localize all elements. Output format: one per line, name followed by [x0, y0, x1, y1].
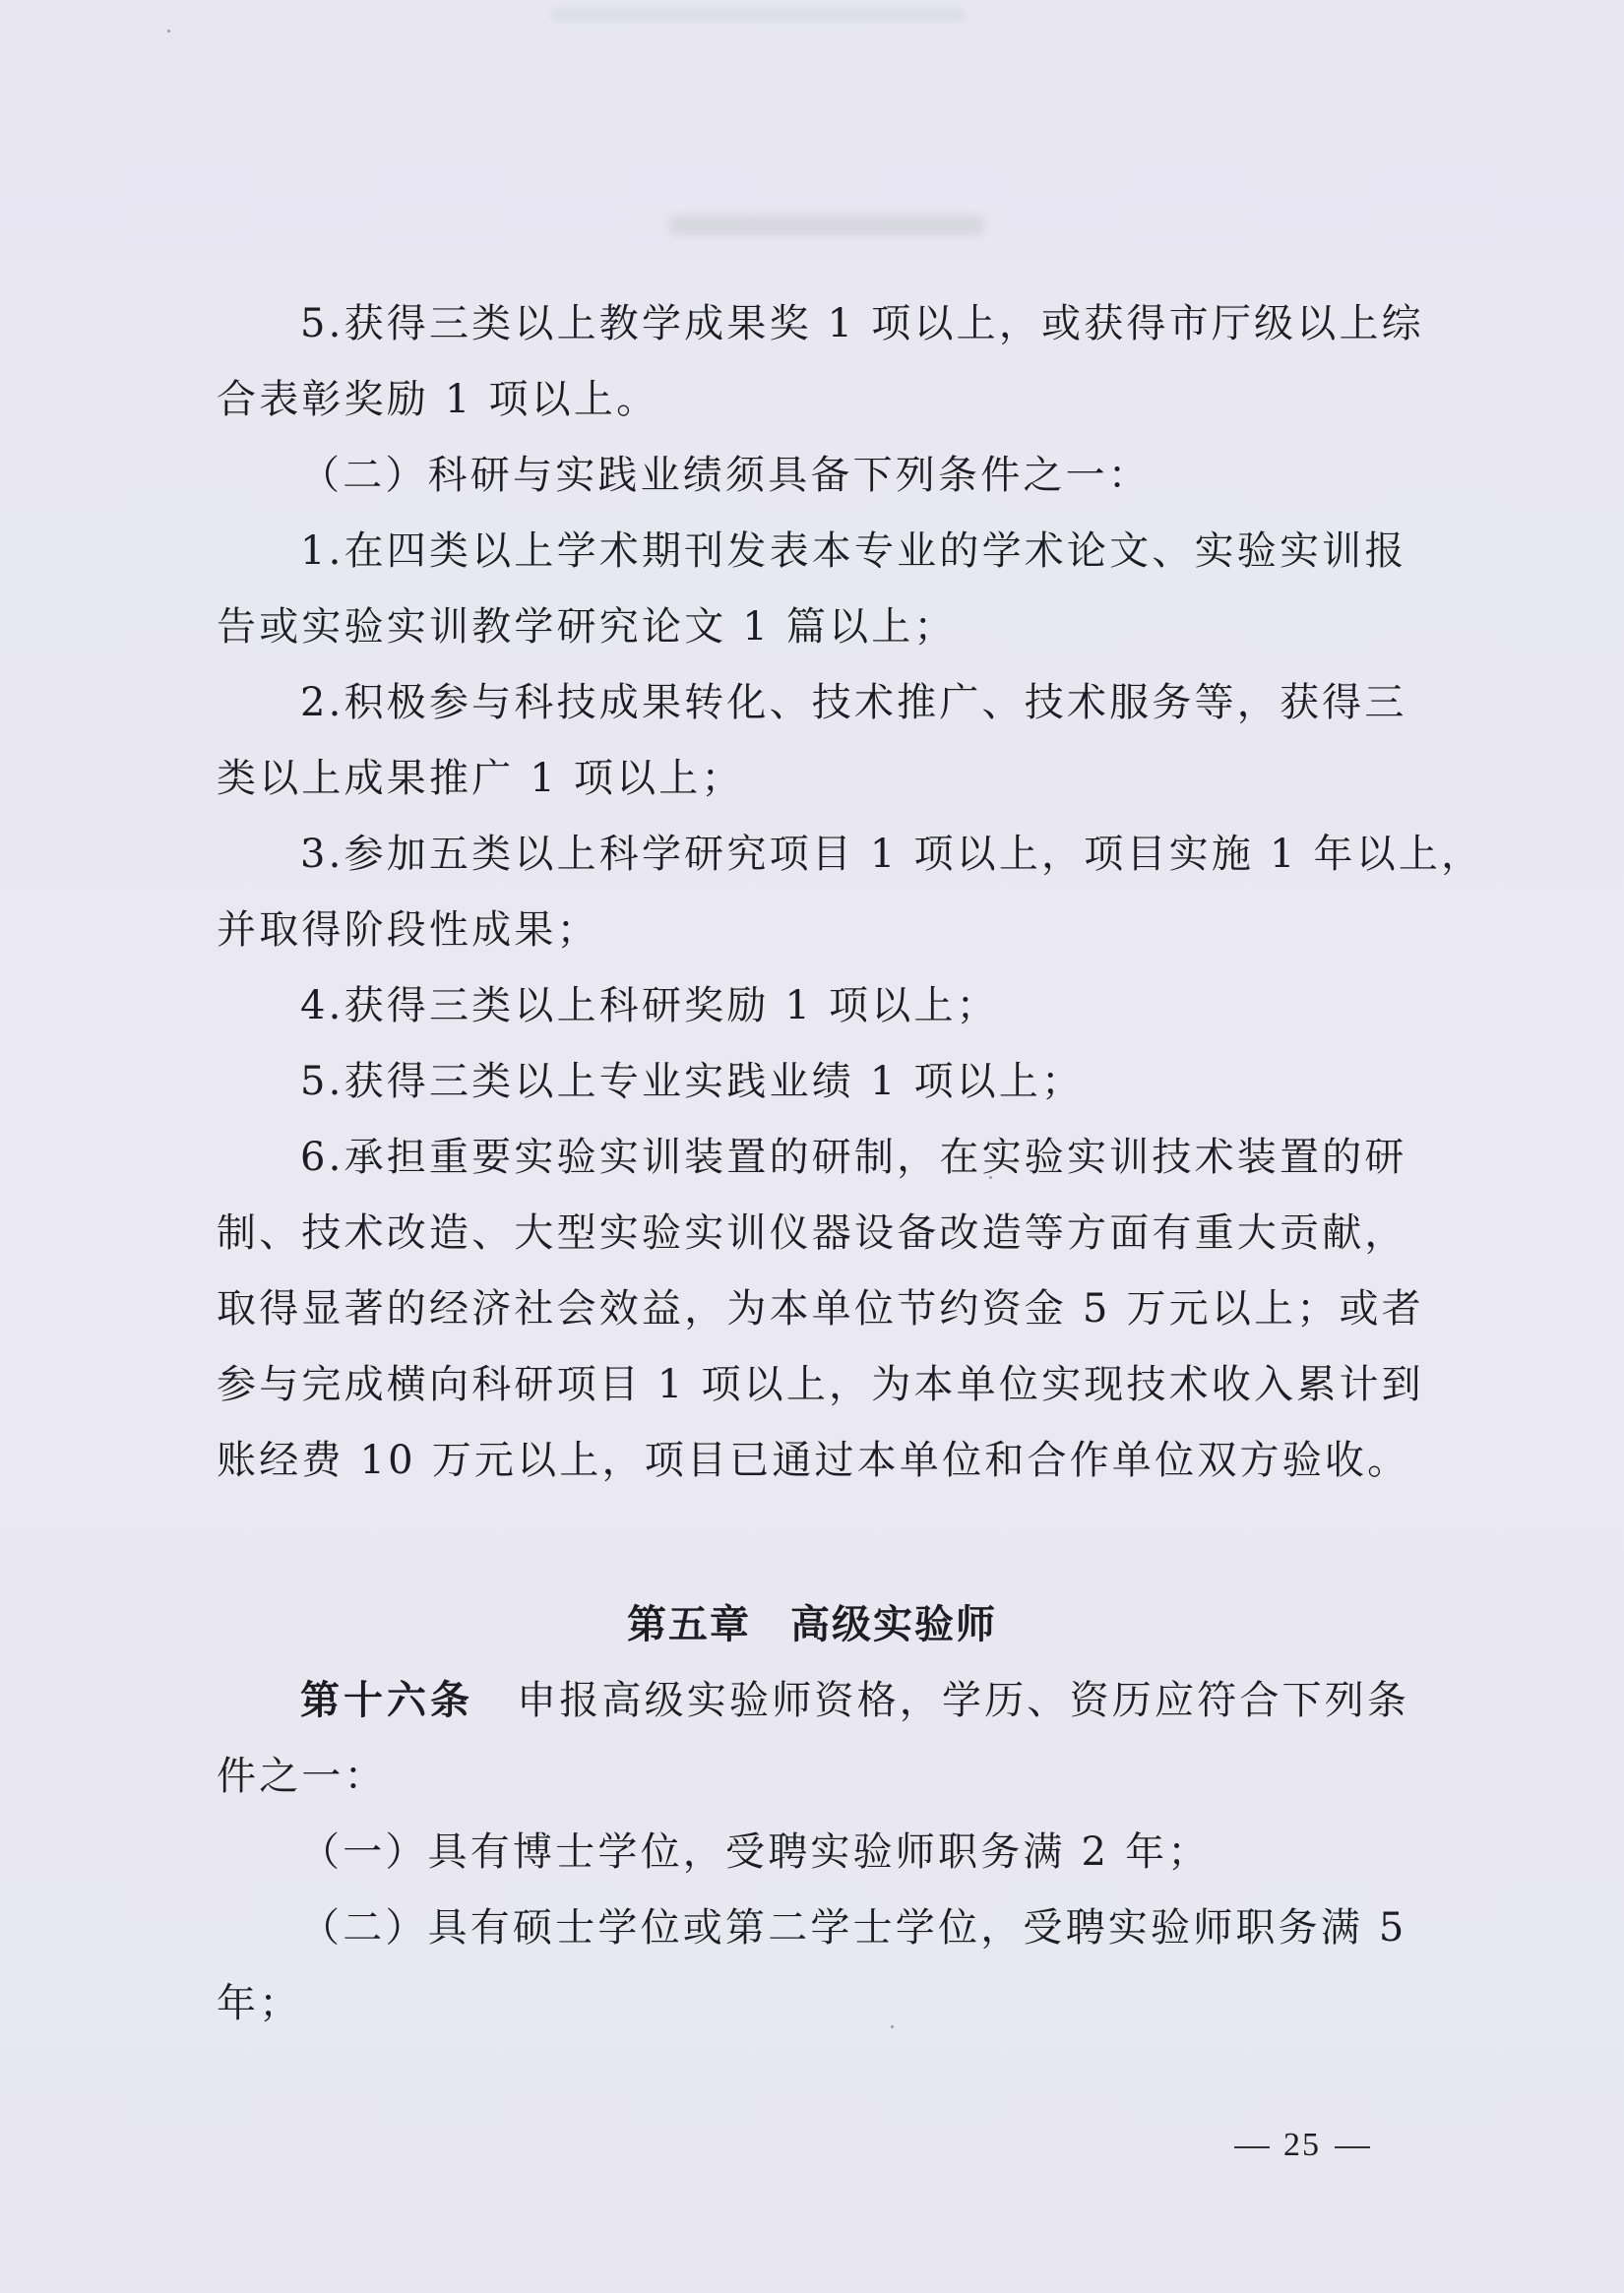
list-item: （二）具有硕士学位或第二学士学位，受聘实验师职务满 5 — [300, 1904, 1407, 1952]
chapter-heading: 第五章高级实验师 — [0, 1601, 1624, 1648]
text-line: 年； — [217, 1980, 301, 2027]
text-line: 取得显著的经济社会效益，为本单位节约资金 5 万元以上；或者 — [217, 1285, 1424, 1332]
chapter-number: 第五章 — [627, 1602, 751, 1647]
text-line: 2.积极参与科技成果转化、技术推广、技术服务等，获得三 — [300, 679, 1407, 726]
page-number: 25 — [1220, 2126, 1384, 2165]
scan-bleed-through-header — [669, 215, 984, 236]
text-line: 制、技术改造、大型实验实训仪器设备改造等方面有重大贡献， — [217, 1209, 1407, 1257]
scan-speck — [891, 2025, 894, 2028]
text-line: 5.获得三类以上专业实践业绩 1 项以上； — [300, 1058, 1084, 1105]
text-line: 类以上成果推广 1 项以上； — [217, 755, 744, 802]
text-line: 3.参加五类以上科学研究项目 1 项以上，项目实施 1 年以上， — [300, 831, 1483, 878]
text-line: 合表彰奖励 1 项以上。 — [217, 376, 658, 423]
scan-bleed-through — [551, 8, 965, 22]
list-item: （一）具有博士学位，受聘实验师职务满 2 年； — [300, 1828, 1210, 1876]
section-heading: （二）科研与实践业绩须具备下列条件之一： — [300, 452, 1151, 499]
text-line: 件之一： — [217, 1753, 387, 1800]
article-label: 第十六条 — [300, 1678, 473, 1723]
dash-right — [1335, 2146, 1370, 2148]
page-number-value: 25 — [1283, 2127, 1321, 2163]
text-line: 5.获得三类以上教学成果奖 1 项以上，或获得市厅级以上综 — [300, 300, 1424, 347]
text-line: 参与完成横向科研项目 1 项以上，为本单位实现技术收入累计到 — [217, 1361, 1424, 1408]
chapter-title: 高级实验师 — [790, 1602, 997, 1647]
article-16: 第十六条申报高级实验师资格，学历、资历应符合下列条 — [300, 1677, 1409, 1724]
document-page: 5.获得三类以上教学成果奖 1 项以上，或获得市厅级以上综 合表彰奖励 1 项以… — [0, 0, 1624, 2293]
text-line: 6.承担重要实验实训装置的研制，在实验实训技术装置的研 — [300, 1134, 1407, 1181]
article-text: 申报高级实验师资格，学历、资历应符合下列条 — [517, 1678, 1409, 1723]
text-line: 账经费 10 万元以上，项目已通过本单位和合作单位双方验收。 — [217, 1437, 1409, 1484]
dash-left — [1234, 2146, 1270, 2148]
text-line: 1.在四类以上学术期刊发表本专业的学术论文、实验实训报 — [300, 527, 1407, 575]
scan-speck — [167, 30, 170, 32]
text-line: 4.获得三类以上科研奖励 1 项以上； — [300, 982, 999, 1029]
text-line: 告或实验实训教学研究论文 1 篇以上； — [217, 603, 957, 651]
text-line: 并取得阶段性成果； — [217, 906, 599, 954]
